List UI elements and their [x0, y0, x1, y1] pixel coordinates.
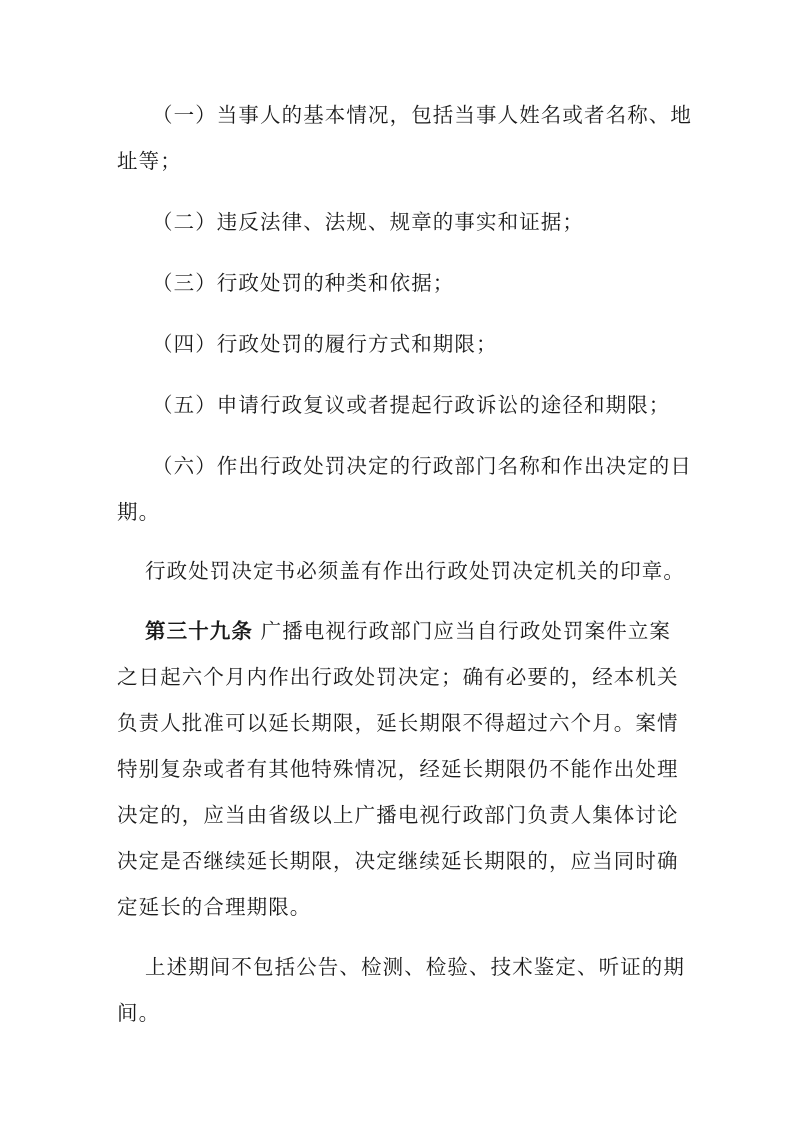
document-page: （一）当事人的基本情况，包括当事人姓名或者名称、地 址等； （二）违反法律、法规…	[0, 0, 793, 1122]
article-39-line-7: 定延长的合理期限。	[117, 893, 311, 921]
article-39-line-5: 决定的，应当由省级以上广播电视行政部门负责人集体讨论	[117, 801, 679, 829]
article-39-heading: 第三十九条	[145, 619, 253, 643]
article-39-line-2: 之日起六个月内作出行政处罚决定；确有必要的，经本机关	[117, 663, 679, 691]
list-item-2: （二）违反法律、法规、规章的事实和证据；	[152, 208, 584, 236]
article-39-line-6: 决定是否继续延长期限，决定继续延长期限的，应当同时确	[117, 847, 679, 875]
article-39-line-1: 广播电视行政部门应当自行政处罚案件立案	[261, 619, 671, 643]
list-item-6-line-1: （六）作出行政处罚决定的行政部门名称和作出决定的日	[152, 452, 692, 480]
list-item-3: （三）行政处罚的种类和依据；	[152, 269, 454, 297]
article-39-line-4: 特别复杂或者有其他特殊情况，经延长期限仍不能作出处理	[117, 755, 679, 783]
list-item-1-line-1: （一）当事人的基本情况，包括当事人姓名或者名称、地	[152, 101, 692, 129]
exclusion-paragraph-line-2: 间。	[117, 999, 160, 1027]
exclusion-paragraph-line-1: 上述期间不包括公告、检测、检验、技术鉴定、听证的期	[145, 953, 685, 981]
article-39-line-3: 负责人批准可以延长期限，延长期限不得超过六个月。案情	[117, 709, 679, 737]
list-item-5: （五）申请行政复议或者提起行政诉讼的途径和期限；	[152, 391, 670, 419]
seal-paragraph: 行政处罚决定书必须盖有作出行政处罚决定机关的印章。	[145, 557, 685, 585]
list-item-6-line-2: 期。	[117, 498, 160, 526]
article-39-first-line: 第三十九条 广播电视行政部门应当自行政处罚案件立案	[145, 617, 671, 645]
list-item-4: （四）行政处罚的履行方式和期限；	[152, 330, 498, 358]
list-item-1-line-2: 址等；	[117, 147, 182, 175]
